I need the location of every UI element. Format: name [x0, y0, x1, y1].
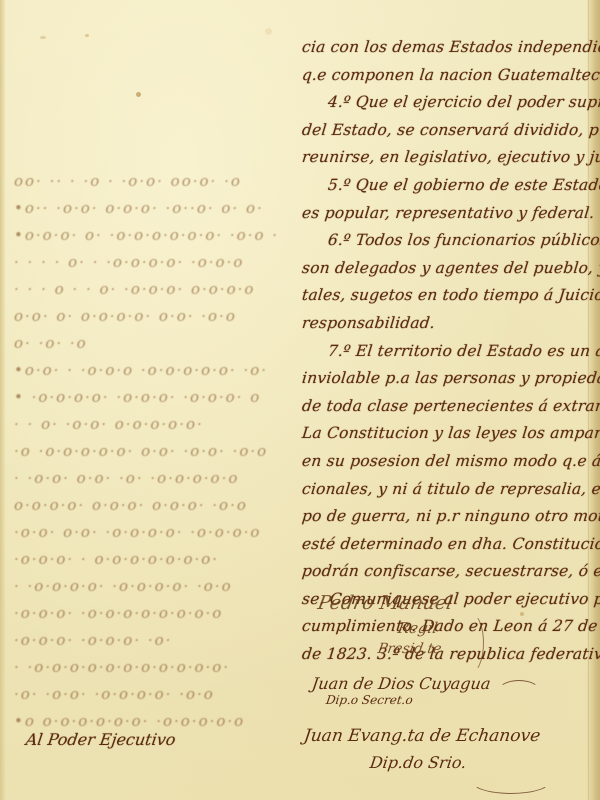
paper-stain: [136, 92, 141, 97]
bleed-line: · · o· ·o·o· o·o·o·o·o·: [14, 411, 304, 438]
bleed-line: ·o·o· o·o· ·o·o·o·o· ·o·o·o·o: [14, 519, 304, 546]
bleed-line: · ·o·o·o·o·o·o·o·o·o·o·o·: [14, 654, 304, 681]
text-line: en su posesion del mismo modo q.e á los …: [301, 448, 594, 476]
article-5-heading: 5.º Que el gobierno de este Estado: [301, 172, 594, 200]
text-line: del Estado, se conservará dividido, p.a …: [301, 117, 594, 145]
text-line: son delegados y agentes del pueblo, y co…: [301, 255, 594, 283]
bleed-line: · · · o · · o· ·o·o·o· o·o·o·o: [14, 276, 304, 303]
text-line: esté determinado en dha. Constitucion y …: [301, 531, 594, 559]
paper-stain: [40, 36, 46, 39]
addressee-line: Al Poder Ejecutivo: [25, 730, 177, 749]
signature-flourish: [456, 612, 484, 674]
bleed-line: o·o·o·o· o·o·o· o·o·o· ·o·o: [14, 492, 304, 519]
text-line: La Constitucion y las leyes los amparará…: [301, 420, 594, 448]
bleed-line: ·o·o·o· ·o·o·o·o·o·o·o·o: [14, 600, 304, 627]
bleed-line: •o·o· · ·o·o·o ·o·o·o·o·o· ·o·: [14, 357, 304, 384]
signature-secretary1-title: Dip.o Secret.o: [325, 693, 414, 707]
article-7-heading: 7.º El territorio del Estado es un asilo: [301, 338, 594, 366]
signature-president-surname: Regil: [396, 619, 439, 637]
bleed-line: • ·o·o·o·o· ·o·o·o· ·o·o·o· o: [14, 384, 304, 411]
text-line: es popular, representativo y federal.: [301, 200, 594, 228]
text-line: cumplimiento. Dado en Leon á 27 de Agto: [301, 613, 594, 641]
text-line: podrán confiscarse, secuestrarse, ó emba…: [301, 558, 594, 586]
signature-flourish: [470, 766, 552, 794]
bleed-line: · ·o·o·o·o· ·o·o·o·o· ·o·o: [14, 573, 304, 600]
signature-secretary1-name: Juan de Dios Cuyagua: [311, 674, 492, 693]
bleed-line: ·o·o·o· · o·o·o·o·o·o·o·: [14, 546, 304, 573]
bleed-line: oo· ·· · ·o · ·o·o· oo·o· ·o: [14, 168, 304, 195]
bleed-line: o· ·o· ·o: [14, 330, 304, 357]
bleed-line: •o·· ·o·o· o·o·o· ·o··o· o· o·: [14, 195, 304, 222]
signature-president-title: Presid.te: [377, 641, 443, 657]
article-4-heading: 4.º Que el ejercicio del poder supremo: [301, 89, 594, 117]
paper-stain: [85, 34, 89, 37]
signature-flourish: [498, 680, 540, 702]
signature-secretary2-title: Dip.do Srio.: [369, 753, 468, 772]
bleed-line: ·o·o·o· ·o·o·o· ·o·: [14, 627, 304, 654]
article-6-heading: 6.º Todos los funcionarios públicos: [301, 227, 594, 255]
bleed-line: •o·o·o· o· ·o·o·o·o·o·o· ·o·o ·: [14, 222, 304, 249]
manuscript-body: cia con los demas Estados independientes…: [302, 34, 592, 669]
text-line: cionales, y ni á titulo de represalia, e…: [301, 476, 594, 504]
paper-stain: [265, 28, 272, 35]
text-line: inviolable p.a las personas y propiedade…: [301, 365, 594, 393]
bleed-through-text: oo· ·· · ·o · ·o·o· oo·o· ·o •o·· ·o·o· …: [14, 168, 304, 735]
dated-line: de 1823. 3.º de la republica federativa.: [301, 641, 594, 669]
bleed-line: ·o ·o·o·o·o·o· o·o· ·o·o· ·o·o: [14, 438, 304, 465]
bleed-line: ·o· ·o·o· ·o·o·o·o· ·o·o: [14, 681, 304, 708]
signature-president-name: Pedro Manuel: [316, 592, 454, 614]
text-line: po de guerra, ni p.r ninguno otro motivo…: [301, 503, 594, 531]
paper-left-edge: [0, 0, 6, 800]
text-line: de toda clase pertenecientes á extranger…: [301, 393, 594, 421]
bleed-line: o·o· o· o·o·o·o· o·o· ·o·o: [14, 303, 304, 330]
text-line: responsabilidad.: [301, 310, 594, 338]
text-line: q.e componen la nacion Guatemalteca.: [301, 62, 594, 90]
bleed-line: · · · · o· · ·o·o·o·o· ·o·o·o: [14, 249, 304, 276]
signature-secretary2-name: Juan Evang.ta de Echanove: [303, 726, 542, 746]
text-line: reunirse, en legislativo, ejecutivo y ju…: [301, 144, 594, 172]
manuscript-page: oo· ·· · ·o · ·o·o· oo·o· ·o •o·· ·o·o· …: [0, 0, 600, 800]
bleed-line: · ·o·o· o·o· ·o· ·o·o·o·o·o: [14, 465, 304, 492]
text-line: cia con los demas Estados independientes: [301, 34, 594, 62]
text-line: tales, sugetos en todo tiempo á Juicio d…: [301, 282, 594, 310]
